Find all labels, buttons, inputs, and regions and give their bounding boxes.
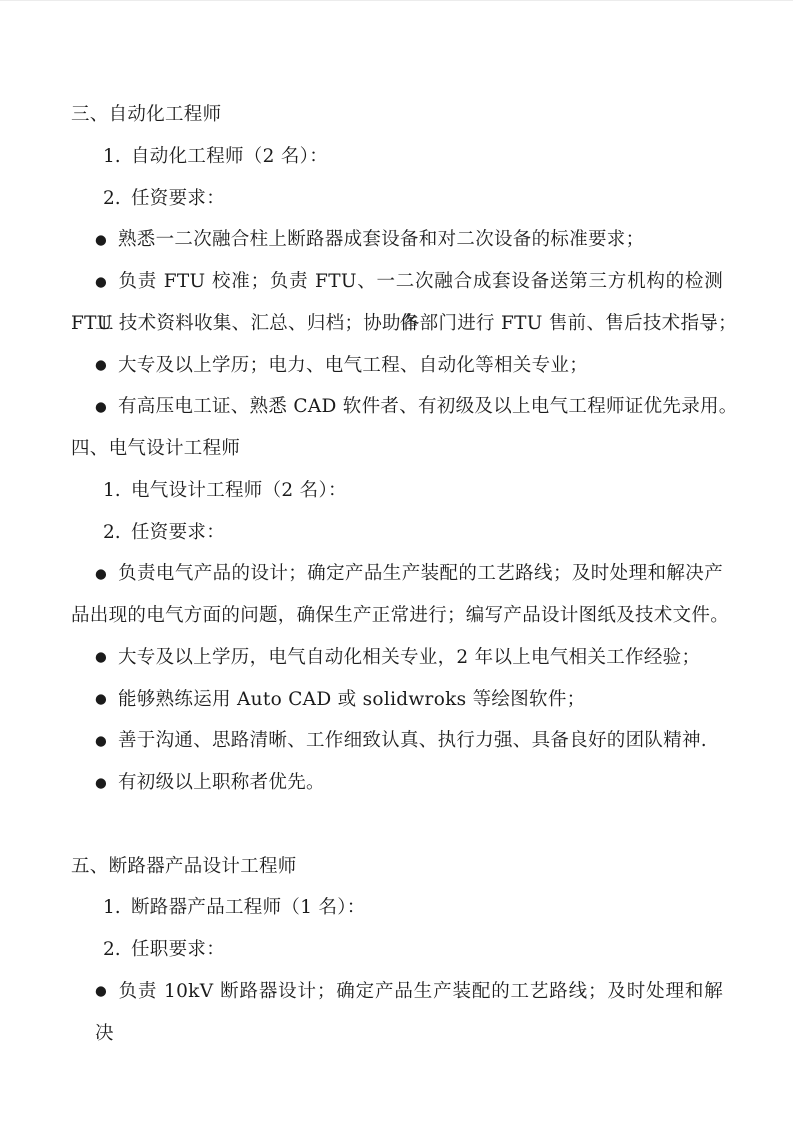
bullet-item: ●负责 10kV 断路器设计；确定产品生产装配的工艺路线；及时处理和解决 [71,971,723,1013]
line-text: 负责 10kV 断路器设计；确定产品生产装配的工艺路线；及时处理和解决 [95,981,723,1044]
numbered-item: 1.断路器产品工程师（1 名）： [71,887,723,929]
line-text: 熟悉一二次融合柱上断路器成套设备和对二次设备的标准要求； [118,229,644,250]
line-text: 自动化工程师（2 名）： [131,146,328,167]
bullet-icon: ● [95,679,118,721]
item-number: 1. [103,887,131,929]
item-number: 1. [103,470,131,512]
line-text: 有初级以上职称者优先。 [118,772,325,793]
document-body: 三、自动化工程师1.自动化工程师（2 名）：2.任资要求：●熟悉一二次融合柱上断… [71,94,723,1013]
line-text: 三、自动化工程师 [71,104,221,125]
line-text: 四、电气设计工程师 [71,438,240,459]
line-text: 大专及以上学历；电力、电气工程、自动化等相关专业； [118,355,588,376]
bullet-item: ●负责电气产品的设计；确定产品生产装配的工艺路线；及时处理和解决产 [71,553,723,595]
item-number: 2. [103,512,131,554]
line-text: 任资要求： [131,188,225,209]
blank-line [71,804,723,846]
bullet-icon: ● [95,971,118,1013]
bullet-item: ●大专及以上学历，电气自动化相关专业，2 年以上电气相关工作经验； [71,637,723,679]
continuation-line: 品出现的电气方面的问题，确保生产正常进行；编写产品设计图纸及技术文件。 [71,595,723,637]
item-number: 2. [103,929,131,971]
bullet-icon: ● [95,554,118,596]
bullet-icon: ● [95,637,118,679]
section-heading: 五、断路器产品设计工程师 [71,846,723,888]
continuation-line: FTU 技术资料收集、汇总、归档；协助各部门进行 FTU 售前、售后技术指导； [71,303,723,345]
bullet-item: ●善于沟通、思路清晰、工作细致认真、执行力强、具备良好的团队精神. [71,720,723,762]
section-heading: 四、电气设计工程师 [71,428,723,470]
bullet-item: ●大专及以上学历；电力、电气工程、自动化等相关专业； [71,345,723,387]
bullet-icon: ● [95,721,118,763]
item-number: 1. [103,136,131,178]
numbered-item: 2.任资要求： [71,512,723,554]
line-text: 善于沟通、思路清晰、工作细致认真、执行力强、具备良好的团队精神. [118,730,707,751]
line-text: 有高压电工证、熟悉 CAD 软件者、有初级及以上电气工程师证优先录用。 [118,396,738,417]
numbered-item: 2.任资要求： [71,178,723,220]
bullet-icon: ● [95,387,118,429]
numbered-item: 1.自动化工程师（2 名）： [71,136,723,178]
bullet-icon: ● [95,345,118,387]
bullet-item: ●负责 FTU 校准；负责 FTU、一二次融合成套设备送第三方机构的检测工作； [71,261,723,303]
document-page: 三、自动化工程师1.自动化工程师（2 名）：2.任资要求：●熟悉一二次融合柱上断… [0,0,793,1122]
line-text: 品出现的电气方面的问题，确保生产正常进行；编写产品设计图纸及技术文件。 [71,605,729,626]
bullet-item: ●熟悉一二次融合柱上断路器成套设备和对二次设备的标准要求； [71,219,723,261]
line-text: 任职要求： [131,939,225,960]
line-text: 任资要求： [131,522,225,543]
numbered-item: 2.任职要求： [71,929,723,971]
bullet-item: ●能够熟练运用 Auto CAD 或 solidwroks 等绘图软件； [71,679,723,721]
line-text: 电气设计工程师（2 名）： [131,480,347,501]
bullet-icon: ● [95,763,118,805]
line-text: 负责电气产品的设计；确定产品生产装配的工艺路线；及时处理和解决产 [118,563,723,584]
line-text: 大专及以上学历，电气自动化相关专业，2 年以上电气相关工作经验； [118,647,700,668]
line-text: FTU 技术资料收集、汇总、归档；协助各部门进行 FTU 售前、售后技术指导； [71,313,737,334]
section-heading: 三、自动化工程师 [71,94,723,136]
item-number: 2. [103,178,131,220]
bullet-item: ●有高压电工证、熟悉 CAD 软件者、有初级及以上电气工程师证优先录用。 [71,386,723,428]
numbered-item: 1.电气设计工程师（2 名）： [71,470,723,512]
bullet-item: ●有初级以上职称者优先。 [71,762,723,804]
line-text: 能够熟练运用 Auto CAD 或 solidwroks 等绘图软件； [118,689,585,710]
bullet-icon: ● [95,220,118,262]
line-text: 断路器产品工程师（1 名）： [131,897,366,918]
line-text: 五、断路器产品设计工程师 [71,856,297,877]
bullet-icon: ● [95,262,118,304]
